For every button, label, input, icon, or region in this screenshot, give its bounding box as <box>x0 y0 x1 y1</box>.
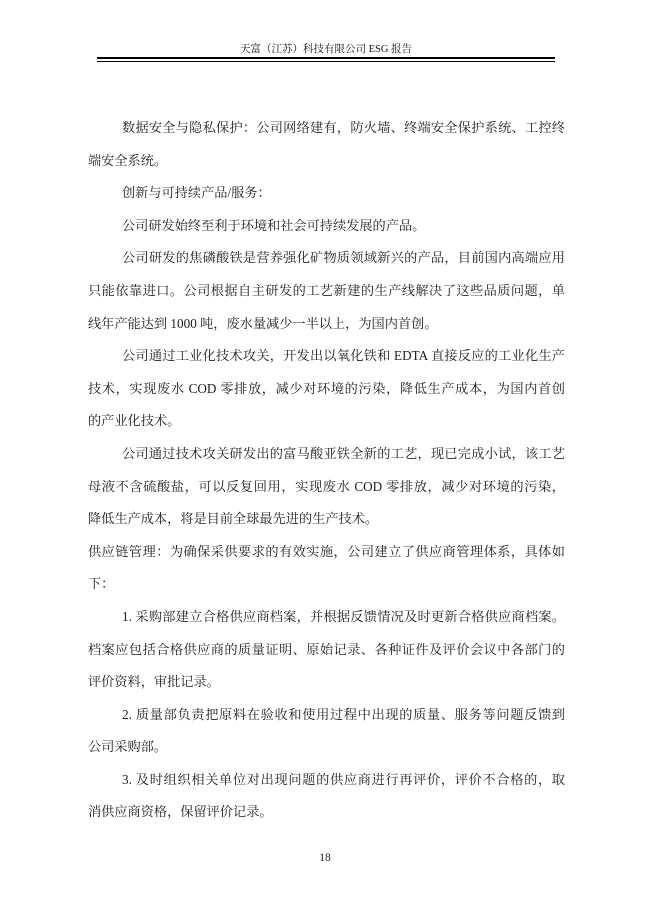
text-line: 评价资料，审批记录。 <box>88 666 565 699</box>
text-line: 档案应包括合格供应商的质量证明、原始记录、各种证件及评价会议中各部门的 <box>88 634 565 667</box>
paragraph: 1. 采购部建立合格供应商档案，并根据反馈情况及时更新合格供应商档案。档案应包括… <box>88 601 565 699</box>
document-page: 天富（江苏）科技有限公司 ESG 报告 数据安全与隐私保护：公司网络建有，防火墙… <box>0 0 650 919</box>
paragraph: 公司通过工业化技术攻关，开发出以氧化铁和 EDTA 直接反应的工业化生产技术，实… <box>88 340 565 438</box>
text-line: 3. 及时组织相关单位对出现问题的供应商进行再评价，评价不合格的，取 <box>88 764 565 797</box>
text-line: 公司采购部。 <box>88 731 565 764</box>
paragraph: 数据安全与隐私保护：公司网络建有，防火墙、终端安全保护系统、工控终端安全系统。 <box>88 112 565 177</box>
header-rule-thick <box>97 57 555 59</box>
paragraph: 供应链管理：为确保采供要求的有效实施，公司建立了供应商管理体系，具体如下： <box>88 536 565 601</box>
text-line: 公司研发始终至利于环境和社会可持续发展的产品。 <box>88 210 565 243</box>
text-line: 端安全系统。 <box>88 145 565 178</box>
text-line: 2. 质量部负责把原料在验收和使用过程中出现的质量、服务等问题反馈到 <box>88 699 565 732</box>
text-line: 技术，实现废水 COD 零排放，减少对环境的污染，降低生产成本，为国内首创 <box>88 373 565 406</box>
text-line: 公司研发的焦磷酸铁是营养强化矿物质领域新兴的产品，目前国内高端应用 <box>88 242 565 275</box>
text-line: 母液不含硫酸盐，可以反复回用，实现废水 COD 零排放，减少对环境的污染， <box>88 471 565 504</box>
text-line: 公司通过工业化技术攻关，开发出以氧化铁和 EDTA 直接反应的工业化生产 <box>88 340 565 373</box>
paragraph: 3. 及时组织相关单位对出现问题的供应商进行再评价，评价不合格的，取消供应商资格… <box>88 764 565 829</box>
paragraph: 公司研发的焦磷酸铁是营养强化矿物质领域新兴的产品，目前国内高端应用只能依靠进口。… <box>88 242 565 340</box>
text-line: 只能依靠进口。公司根据自主研发的工艺新建的生产线解决了这些品质问题，单 <box>88 275 565 308</box>
text-line: 消供应商资格，保留评价记录。 <box>88 796 565 829</box>
text-line: 的产业化技术。 <box>88 405 565 438</box>
text-line: 线年产能达到 1000 吨，废水量减少一半以上，为国内首创。 <box>88 308 565 341</box>
paragraph: 公司通过技术攻关研发出的富马酸亚铁全新的工艺，现已完成小试，该工艺母液不含硫酸盐… <box>88 438 565 536</box>
paragraph: 公司研发始终至利于环境和社会可持续发展的产品。 <box>88 210 565 243</box>
document-body: 数据安全与隐私保护：公司网络建有，防火墙、终端安全保护系统、工控终端安全系统。创… <box>88 112 565 829</box>
text-line: 数据安全与隐私保护：公司网络建有，防火墙、终端安全保护系统、工控终 <box>88 112 565 145</box>
header-title: 天富（江苏）科技有限公司 ESG 报告 <box>97 0 555 56</box>
text-line: 下： <box>88 568 565 601</box>
page-number: 18 <box>319 852 331 864</box>
text-line: 公司通过技术攻关研发出的富马酸亚铁全新的工艺，现已完成小试，该工艺 <box>88 438 565 471</box>
paragraph: 创新与可持续产品/服务： <box>88 177 565 210</box>
text-line: 供应链管理：为确保采供要求的有效实施，公司建立了供应商管理体系，具体如 <box>88 536 565 569</box>
text-line: 创新与可持续产品/服务： <box>88 177 565 210</box>
paragraph: 2. 质量部负责把原料在验收和使用过程中出现的质量、服务等问题反馈到公司采购部。 <box>88 699 565 764</box>
page-header: 天富（江苏）科技有限公司 ESG 报告 <box>97 0 555 62</box>
header-rule-thin <box>97 61 555 62</box>
page-footer: 18 <box>0 851 650 865</box>
text-line: 降低生产成本，将是目前全球最先进的生产技术。 <box>88 503 565 536</box>
text-line: 1. 采购部建立合格供应商档案，并根据反馈情况及时更新合格供应商档案。 <box>88 601 565 634</box>
